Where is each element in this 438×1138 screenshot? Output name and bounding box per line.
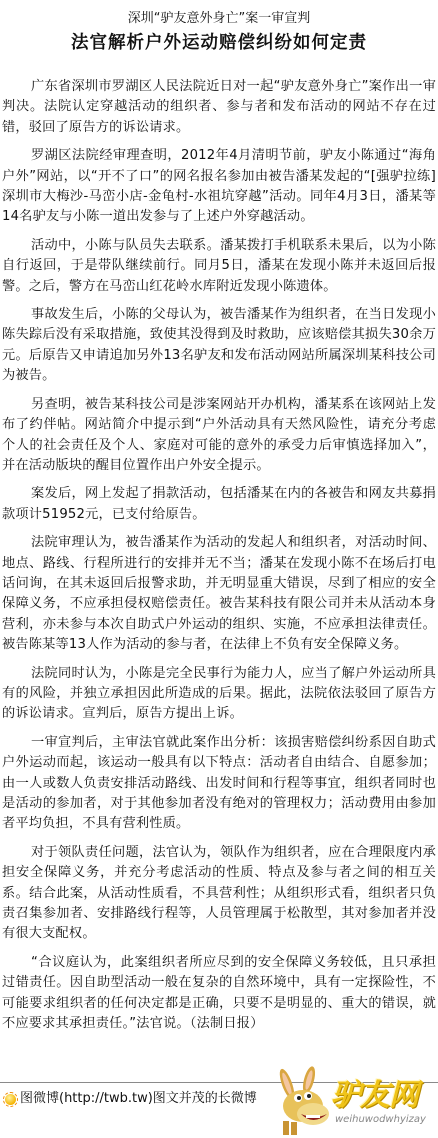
article-header: 深圳“驴友意外身亡”案一审宣判 法官解析户外运动赔偿纠纷如何定责 <box>0 0 438 55</box>
sun-smiley-icon <box>3 1092 18 1107</box>
paragraph: “合议庭认为，此案组织者所应尽到的安全保障义务较低，且只承担过错责任。因自助型活… <box>2 953 436 1035</box>
paragraph: 一审宣判后，主审法官就此案作出分析：该损害赔偿纠纷系因自助式户外运动而起，该运动… <box>2 733 436 835</box>
paragraph: 法院同时认为，小陈是完全民事行为能力人，应当了解户外运动所具有的风险，并独立承担… <box>2 664 436 725</box>
article-title: 法官解析户外运动赔偿纠纷如何定责 <box>0 31 438 55</box>
footer-credit: 图微博(http://twb.tw)图文并茂的长微博 <box>3 1090 257 1108</box>
paragraph: 活动中，小陈与队员失去联系。潘某拨打手机联系未果后，以为小陈自行返回，于是带队继… <box>2 236 436 297</box>
footer-text: 图微博(http://twb.tw)图文并茂的长微博 <box>20 1090 257 1108</box>
paragraph: 法院审理认为，被告潘某作为活动的发起人和组织者，对活动时间、地点、路线、行程所进… <box>2 533 436 655</box>
article-body: 广东省深圳市罗湖区人民法院近日对一起“驴友意外身亡”案作出一审判决。法院认定穿越… <box>0 77 438 1034</box>
logo-brand-text: 驴友网 <box>331 1070 418 1114</box>
site-logo: 驴友网 weihuwodwhyizay <box>273 1066 438 1138</box>
paragraph: 事故发生后，小陈的父母认为，被告潘某作为组织者，在当日发现小陈失踪后没有采取措施… <box>2 305 436 387</box>
paragraph: 案发后，网上发起了捐款活动，包括潘某在内的各被告和网友共募捐款项计51952元，… <box>2 484 436 525</box>
logo-url-text: weihuwodwhyizay <box>335 1114 426 1125</box>
paragraph: 对于领队责任问题，法官认为，领队作为组织者，应在合理限度内承担安全保障义务，并充… <box>2 843 436 945</box>
paragraph: 另查明，被告某科技公司是涉案网站开办机构，潘某系在该网站上发布了约伴帖。网站简介… <box>2 395 436 477</box>
donkey-mascot-icon <box>273 1066 335 1138</box>
paragraph: 广东省深圳市罗湖区人民法院近日对一起“驴友意外身亡”案作出一审判决。法院认定穿越… <box>2 77 436 138</box>
article-subtitle: 深圳“驴友意外身亡”案一审宣判 <box>0 10 438 28</box>
paragraph: 罗湖区法院经审理查明，2012年4月清明节前，驴友小陈通过“海角户外”网站，以“… <box>2 146 436 228</box>
